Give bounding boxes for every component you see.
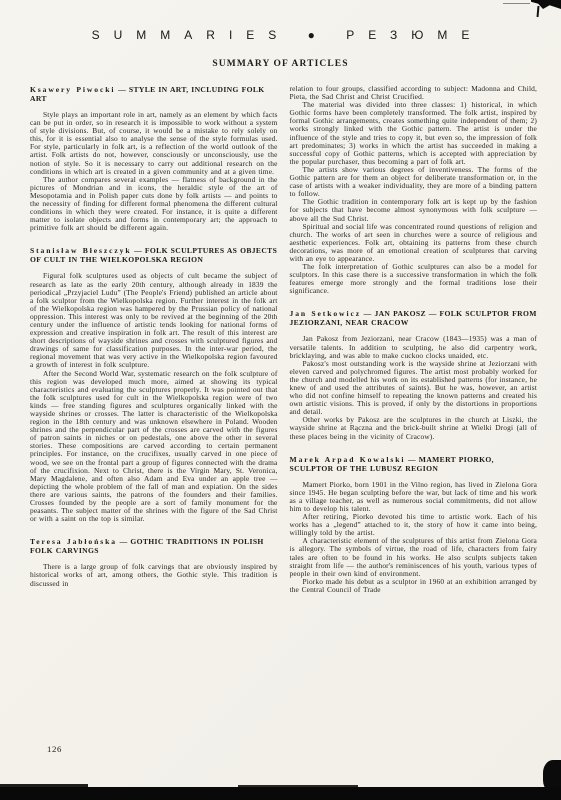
- paragraph: The author compares several examples — f…: [30, 176, 278, 233]
- paragraph: The artists show various degrees of inve…: [290, 166, 538, 198]
- paragraph-continuation: relation to four groups, classified acco…: [290, 85, 538, 101]
- page-title: SUMMARY OF ARTICLES: [0, 59, 561, 69]
- paragraph: A characteristic element of the sculptur…: [290, 537, 538, 577]
- article-mamert-piorko: Marek Arpad Kowalski — MAMERT PIORKO, SC…: [290, 455, 538, 594]
- paragraph: The material was divided into three clas…: [290, 101, 538, 166]
- two-column-layout: Ksawery Piwocki — STYLE IN ART, INCLUDIN…: [0, 69, 561, 594]
- paragraph: Pakosz's most outstanding work is the wa…: [290, 360, 538, 417]
- scan-artifact-top-line: [503, 3, 530, 4]
- left-column: Ksawery Piwocki — STYLE IN ART, INCLUDIN…: [30, 85, 278, 594]
- paragraph: Spiritual and social life was concentrat…: [290, 223, 538, 263]
- paragraph: Piorko made his debut as a sculptor in 1…: [290, 578, 538, 594]
- masthead-title: SUMMARIES ● РЕЗЮМЕ: [0, 0, 561, 42]
- article-style-in-art: Ksawery Piwocki — STYLE IN ART, INCLUDIN…: [30, 85, 278, 232]
- scan-artifact-bottom-bar: [0, 787, 561, 800]
- paragraph: The folk interpretation of Gothic sculpt…: [290, 263, 538, 295]
- article-heading: Stanisław Błeszczyk — FOLK SCULPTURES AS…: [30, 246, 278, 264]
- right-column: relation to four groups, classified acco…: [290, 85, 538, 594]
- scanned-page: SUMMARIES ● РЕЗЮМЕ SUMMARY OF ARTICLES K…: [0, 0, 561, 800]
- paragraph: Other works by Pakosz are the sculptures…: [290, 416, 538, 440]
- article-heading: Jan Setkowicz — JAN PAKOSZ — FOLK SCULPT…: [290, 309, 538, 327]
- article-heading: Marek Arpad Kowalski — MAMERT PIORKO, SC…: [290, 455, 538, 473]
- article-author: Stanisław Błeszczyk: [30, 246, 131, 255]
- paragraph: After the Second World War, systematic r…: [30, 370, 278, 524]
- article-jan-pakosz: Jan Setkowicz — JAN PAKOSZ — FOLK SCULPT…: [290, 309, 538, 440]
- paragraph: Style plays an important role in art, na…: [30, 111, 278, 176]
- article-gothic-traditions-continued: relation to four groups, classified acco…: [290, 85, 538, 295]
- article-gothic-traditions: Teresa Jabłońska — GOTHIC TRADITIONS IN …: [30, 537, 278, 587]
- paragraph: After retiring, Piorko devoted his time …: [290, 513, 538, 537]
- paragraph: Mamert Piorko, born 1901 in the Vilno re…: [290, 481, 538, 513]
- article-author: Teresa Jabłońska: [30, 537, 117, 546]
- paragraph: Jan Pakosz from Jeziorzani, near Cracow …: [290, 335, 538, 359]
- article-heading: Teresa Jabłońska — GOTHIC TRADITIONS IN …: [30, 537, 278, 555]
- paragraph: The Gothic tradition in contemporary fol…: [290, 198, 538, 222]
- article-heading: Ksawery Piwocki — STYLE IN ART, INCLUDIN…: [30, 85, 278, 103]
- page-number: 126: [47, 744, 62, 754]
- scan-artifact-bottom-right-blob: [543, 760, 561, 789]
- article-author: Ksawery Piwocki: [30, 85, 115, 94]
- article-folk-sculptures-cult: Stanisław Błeszczyk — FOLK SCULPTURES AS…: [30, 246, 278, 523]
- article-author: Jan Setkowicz: [290, 309, 362, 318]
- article-author: Marek Arpad Kowalski: [290, 455, 406, 464]
- paragraph: There is a large group of folk carvings …: [30, 563, 278, 587]
- paragraph: Figural folk sculptures used as objects …: [30, 272, 278, 369]
